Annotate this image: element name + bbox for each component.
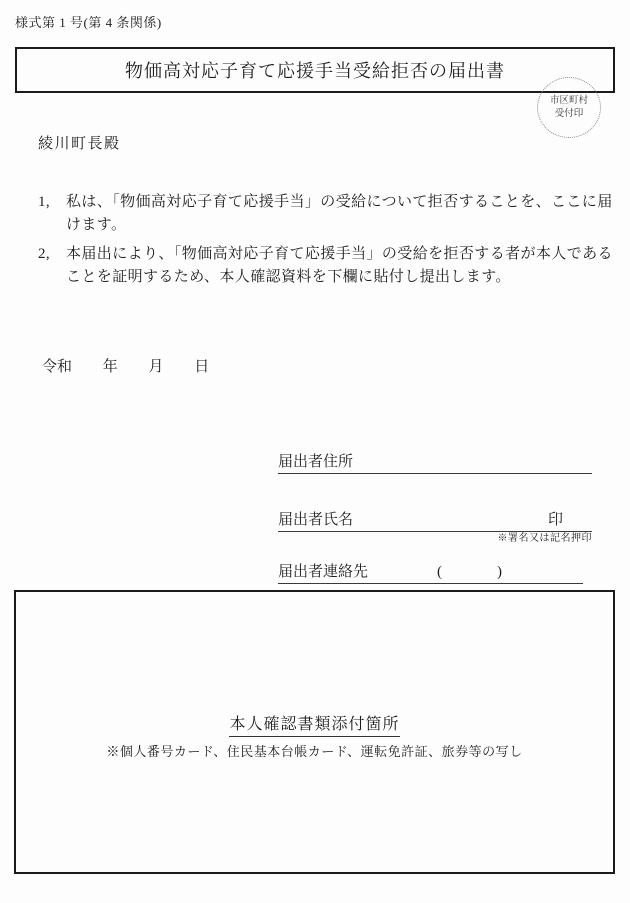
paragraph-2-number: 2, <box>38 243 66 289</box>
stamp-line-1: 市区町村 <box>550 95 588 108</box>
contact-paren-open: ( <box>437 564 442 581</box>
stamp-line-2: 受付印 <box>555 108 584 121</box>
paragraph-2-line-1: 本届出により、「物価高対応子育て応援手当」の受給を拒否する者が本人である <box>66 243 613 266</box>
paragraph-1-line-1: 私は、「物価高対応子育て応援手当」の受給について拒否することを、ここに届 <box>66 191 613 214</box>
seal-note: ※署名又は記名押印 <box>498 529 593 544</box>
paragraph-2-text: 本届出により、「物価高対応子育て応援手当」の受給を拒否する者が本人である ことを… <box>66 243 613 289</box>
address-field-label: 届出者住所 <box>278 450 353 471</box>
paragraph-1: 1, 私は、「物価高対応子育て応援手当」の受給について拒否することを、ここに届 … <box>38 191 613 237</box>
contact-field-row: 届出者連絡先 ( ) <box>278 560 583 584</box>
paragraph-1-number: 1, <box>38 191 66 237</box>
era-label: 令和 <box>42 359 72 375</box>
paragraph-2: 2, 本届出により、「物価高対応子育て応援手当」の受給を拒否する者が本人である … <box>38 243 613 289</box>
form-title: 物価高対応子育て応援手当受給拒否の届出書 <box>125 57 505 83</box>
contact-field-label: 届出者連絡先 <box>278 560 368 581</box>
form-page: 様式第 1 号(第 4 条関係) 物価高対応子育て応援手当受給拒否の届出書 市区… <box>0 0 630 903</box>
addressee: 綾川町長殿 <box>38 132 121 153</box>
paragraph-1-line-2: けます。 <box>66 214 613 237</box>
contact-paren-close: ) <box>497 564 502 581</box>
year-label: 年 <box>103 359 118 375</box>
paragraph-1-text: 私は、「物価高対応子育て応援手当」の受給について拒否することを、ここに届 けます… <box>66 191 613 237</box>
reception-stamp-circle: 市区町村 受付印 <box>537 77 601 138</box>
paragraph-2-line-2: ことを証明するため、本人確認資料を下欄に貼付し提出します。 <box>66 266 613 289</box>
attachment-heading-row: 本人確認書類添付箇所 <box>16 711 613 734</box>
name-field-label: 届出者氏名 <box>278 508 353 529</box>
attachment-note: ※個人番号カード、住民基本台帳カード、運転免許証、旅券等の写し <box>16 741 613 760</box>
seal-label: 印 <box>548 508 563 529</box>
title-box: 物価高対応子育て応援手当受給拒否の届出書 <box>15 47 615 93</box>
body-paragraphs: 1, 私は、「物価高対応子育て応援手当」の受給について拒否することを、ここに届 … <box>38 191 613 295</box>
attachment-heading: 本人確認書類添付箇所 <box>229 716 399 737</box>
address-field-row: 届出者住所 <box>278 450 592 474</box>
month-label: 月 <box>149 359 164 375</box>
day-label: 日 <box>194 359 209 375</box>
date-line: 令和 年 月 日 <box>42 356 209 378</box>
attachment-box: 本人確認書類添付箇所 ※個人番号カード、住民基本台帳カード、運転免許証、旅券等の… <box>14 590 615 874</box>
form-number-label: 様式第 1 号(第 4 条関係) <box>15 12 162 31</box>
